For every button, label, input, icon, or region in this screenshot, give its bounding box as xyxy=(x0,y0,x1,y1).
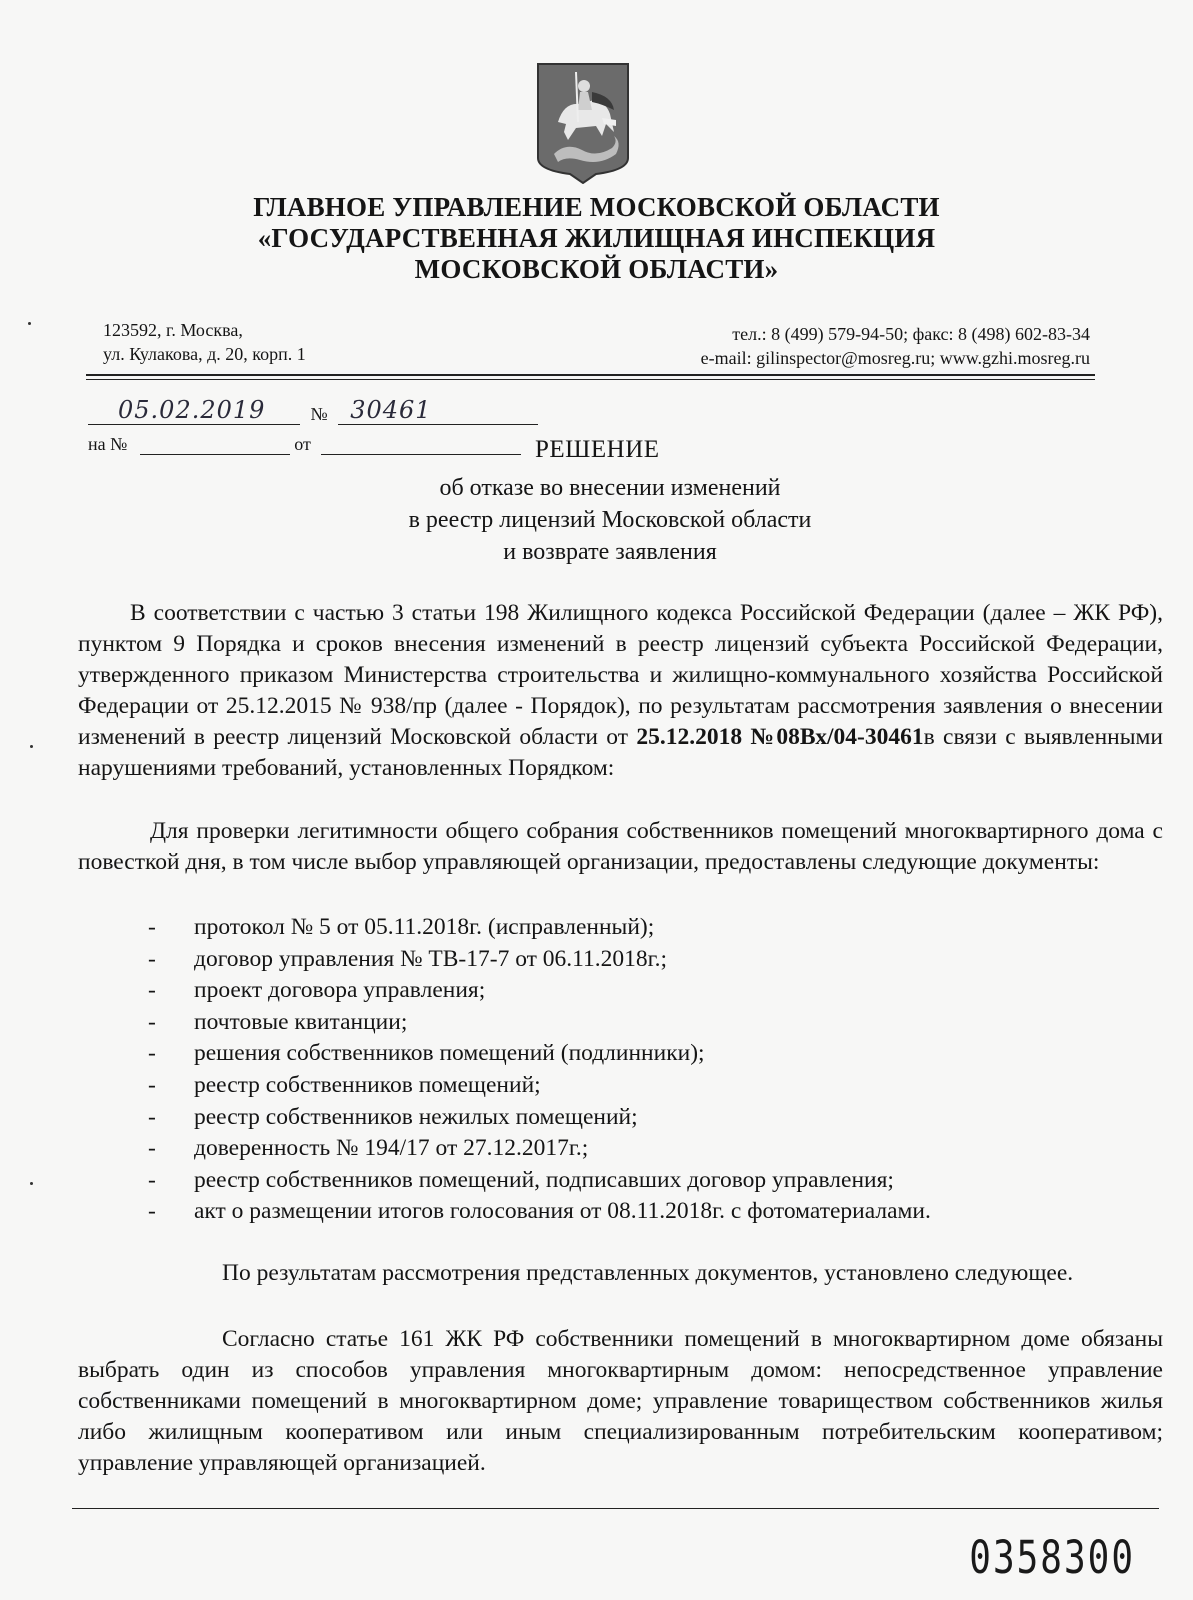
list-item-text: проект договора управления; xyxy=(194,977,485,1003)
decision-subtitle: об отказе во внесении изменений в реестр… xyxy=(300,472,920,568)
list-item: -протокол № 5 от 05.11.2018г. (исправлен… xyxy=(148,912,931,944)
reply-to-label: на № xyxy=(88,434,127,454)
list-marker: - xyxy=(148,1165,156,1197)
reply-date-field xyxy=(321,436,521,455)
list-item: -договор управления № ТВ-17-7 от 06.11.2… xyxy=(148,944,931,976)
list-item-text: решения собственников помещений (подлинн… xyxy=(194,1040,705,1066)
paragraph-article-161: Согласно статье 161 ЖК РФ собственники п… xyxy=(78,1324,1163,1479)
coat-of-arms-icon xyxy=(536,62,630,184)
list-marker: - xyxy=(148,944,156,976)
list-item: -акт о размещении итогов голосования от … xyxy=(148,1196,931,1228)
paragraph-documents-intro: Для проверки легитимности общего собрани… xyxy=(78,816,1163,878)
header-divider xyxy=(86,374,1095,380)
scan-speck xyxy=(30,1182,33,1185)
subtitle-line: и возврате заявления xyxy=(300,536,920,568)
reply-number-field xyxy=(140,436,290,455)
number-field: 30461 xyxy=(338,396,538,425)
list-item-text: доверенность № 194/17 от 27.12.2017г.; xyxy=(194,1135,588,1161)
scan-speck xyxy=(28,322,31,325)
org-title-line: «ГОСУДАРСТВЕННАЯ ЖИЛИЩНАЯ ИНСПЕКЦИЯ xyxy=(150,223,1043,254)
list-marker: - xyxy=(148,912,156,944)
list-marker: - xyxy=(148,1133,156,1165)
decision-title: РЕШЕНИЕ xyxy=(535,436,660,464)
list-marker: - xyxy=(148,1038,156,1070)
form-serial-number: 0358300 xyxy=(969,1533,1135,1584)
contact-info: тел.: 8 (499) 579-94-50; факс: 8 (498) 6… xyxy=(701,322,1090,370)
handwritten-date: 05.02.2019 xyxy=(118,396,265,424)
scan-speck xyxy=(30,745,33,748)
number-label: № xyxy=(311,404,328,424)
list-item-text: акт о размещении итогов голосования от 0… xyxy=(194,1198,931,1224)
incoming-reference: на № от xyxy=(88,434,521,455)
list-marker: - xyxy=(148,975,156,1007)
subtitle-line: об отказе во внесении изменений xyxy=(300,472,920,504)
org-title-line: МОСКОВСКОЙ ОБЛАСТИ» xyxy=(150,254,1043,285)
list-item: -реестр собственников нежилых помещений; xyxy=(148,1102,931,1134)
list-marker: - xyxy=(148,1007,156,1039)
list-item-text: почтовые квитанции; xyxy=(194,1009,407,1035)
subtitle-line: в реестр лицензий Московской области xyxy=(300,504,920,536)
from-label: от xyxy=(294,434,311,454)
paragraph-legal-basis: В соответствии с частью 3 статьи 198 Жил… xyxy=(78,598,1163,784)
list-item: -проект договора управления; xyxy=(148,975,931,1007)
list-item: -почтовые квитанции; xyxy=(148,1007,931,1039)
list-item-text: реестр собственников помещений; xyxy=(194,1072,541,1098)
handwritten-number: 30461 xyxy=(350,396,431,424)
date-field: 05.02.2019 xyxy=(88,396,300,425)
submitted-documents-list: -протокол № 5 от 05.11.2018г. (исправлен… xyxy=(148,912,931,1228)
list-item-text: договор управления № ТВ-17-7 от 06.11.20… xyxy=(194,946,667,972)
list-marker: - xyxy=(148,1102,156,1134)
email-web-line: e-mail: gilinspector@mosreg.ru; www.gzhi… xyxy=(701,346,1090,370)
list-marker: - xyxy=(148,1196,156,1228)
list-item-text: реестр собственников нежилых помещений; xyxy=(194,1104,638,1130)
list-item: -реестр собственников помещений, подписа… xyxy=(148,1165,931,1197)
outgoing-reference: 05.02.2019 № 30461 xyxy=(88,396,538,426)
list-item: -реестр собственников помещений; xyxy=(148,1070,931,1102)
list-item-text: протокол № 5 от 05.11.2018г. (исправленн… xyxy=(194,914,654,940)
list-item-text: реестр собственников помещений, подписав… xyxy=(194,1167,894,1193)
postal-address: 123592, г. Москва, ул. Кулакова, д. 20, … xyxy=(103,318,306,366)
phone-fax-line: тел.: 8 (499) 579-94-50; факс: 8 (498) 6… xyxy=(701,322,1090,346)
address-line: ул. Кулакова, д. 20, корп. 1 xyxy=(103,342,306,366)
organization-title: ГЛАВНОЕ УПРАВЛЕНИЕ МОСКОВСКОЙ ОБЛАСТИ «Г… xyxy=(150,192,1043,285)
address-line: 123592, г. Москва, xyxy=(103,318,306,342)
list-marker: - xyxy=(148,1070,156,1102)
footer-divider xyxy=(72,1508,1159,1509)
document-page: ГЛАВНОЕ УПРАВЛЕНИЕ МОСКОВСКОЙ ОБЛАСТИ «Г… xyxy=(0,0,1193,1600)
list-item: -решения собственников помещений (подлин… xyxy=(148,1038,931,1070)
org-title-line: ГЛАВНОЕ УПРАВЛЕНИЕ МОСКОВСКОЙ ОБЛАСТИ xyxy=(150,192,1043,223)
application-reference: 25.12.2018 №08Вх/04-30461 xyxy=(636,724,923,750)
list-item: -доверенность № 194/17 от 27.12.2017г.; xyxy=(148,1133,931,1165)
paragraph-findings-intro: По результатам рассмотрения представленн… xyxy=(78,1258,1163,1289)
